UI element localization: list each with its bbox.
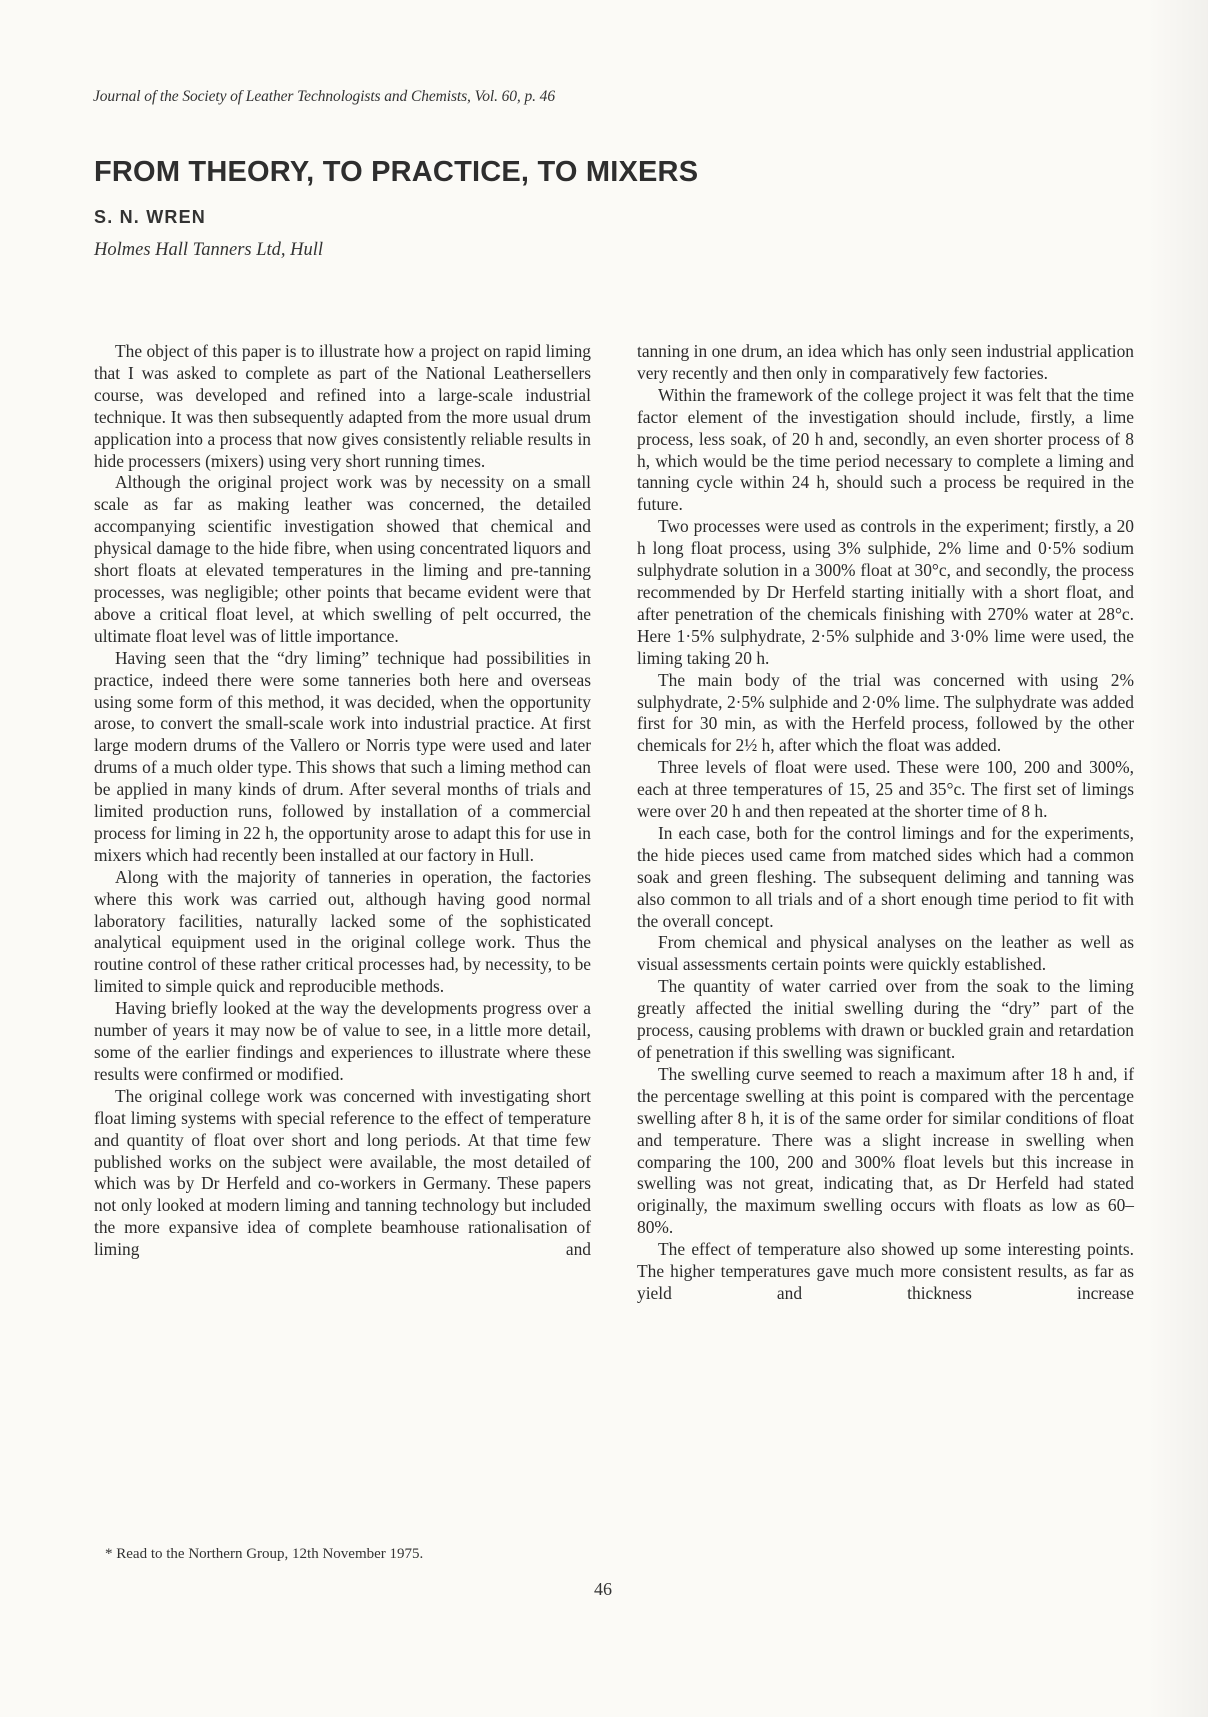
page-number: 46 <box>594 1579 612 1600</box>
right-column: tanning in one drum, an idea which has o… <box>637 341 1134 1305</box>
author-affiliation: Holmes Hall Tanners Ltd, Hull <box>94 240 323 261</box>
article-title: FROM THEORY, TO PRACTICE, TO MIXERS <box>94 156 698 189</box>
page-edge-shadow <box>1148 0 1208 1717</box>
paragraph: Three levels of float were used. These w… <box>637 757 1134 823</box>
paragraph: The effect of temperature also showed up… <box>637 1239 1134 1305</box>
article-author: S. N. WREN <box>94 207 206 228</box>
paragraph: Within the framework of the college proj… <box>637 385 1134 516</box>
paragraph: The main body of the trial was concerned… <box>637 670 1134 758</box>
paragraph: Two processes were used as controls in t… <box>637 516 1134 669</box>
paragraph: Having briefly looked at the way the dev… <box>94 998 591 1086</box>
paragraph: In each case, both for the control limin… <box>637 823 1134 933</box>
left-column: The object of this paper is to illustrat… <box>94 341 591 1261</box>
running-head: Journal of the Society of Leather Techno… <box>93 88 555 106</box>
paragraph-continued: tanning in one drum, an idea which has o… <box>637 341 1134 385</box>
paragraph: From chemical and physical analyses on t… <box>637 932 1134 976</box>
paragraph: The swelling curve seemed to reach a max… <box>637 1064 1134 1239</box>
paragraph: The original college work was concerned … <box>94 1086 591 1261</box>
paragraph: The object of this paper is to illustrat… <box>94 341 591 472</box>
paragraph: Having seen that the “dry liming” techni… <box>94 648 591 867</box>
paragraph: Although the original project work was b… <box>94 472 591 647</box>
paragraph: The quantity of water carried over from … <box>637 976 1134 1064</box>
paragraph: Along with the majority of tanneries in … <box>94 867 591 998</box>
footnote: * Read to the Northern Group, 12th Novem… <box>105 1546 423 1563</box>
